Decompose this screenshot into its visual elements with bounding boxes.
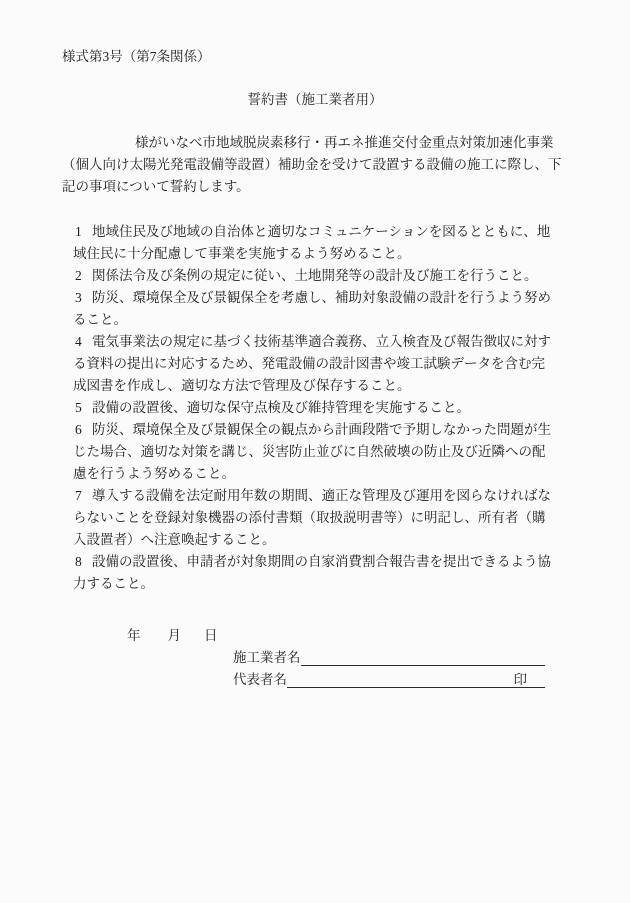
item-text: 防災、環境保全及び景観保全の観点から計画段階で予期しなかった問題が生 bbox=[92, 422, 551, 437]
form-number: 様式第3号（第7条関係） bbox=[62, 46, 568, 68]
pledge-item-4: 4電気事業法の規定に基づく技術基準適合義務、立入検査及び報告徴収に対す る資料の… bbox=[62, 331, 568, 397]
item-text: 導入する設備を法定耐用年数の期間、適正な管理及び運用を図らなければな bbox=[92, 488, 551, 503]
representative-name-label: 代表者名 bbox=[233, 669, 287, 691]
item-number: 1 bbox=[75, 221, 92, 243]
item-text: 力すること。 bbox=[62, 573, 568, 595]
pledge-item-5: 5設備の設置後、適切な保守点検及び維持管理を実施すること。 bbox=[62, 397, 568, 419]
pledge-item-8: 8設備の設置後、申請者が対象期間の自家消費割合報告書を提出できるよう協 力するこ… bbox=[62, 551, 568, 595]
item-number: 4 bbox=[75, 331, 92, 353]
representative-name-row: 代表者名 印 bbox=[233, 669, 545, 691]
seal-mark: 印 bbox=[514, 671, 528, 689]
item-text: 設備の設置後、適切な保守点検及び維持管理を実施すること。 bbox=[92, 400, 470, 415]
item-number: 8 bbox=[75, 551, 92, 573]
item-text: 防災、環境保全及び景観保全を考慮し、補助対象設備の設計を行うよう努め bbox=[92, 290, 551, 305]
pledge-item-3: 3防災、環境保全及び景観保全を考慮し、補助対象設備の設計を行うよう努め ること。 bbox=[62, 287, 568, 331]
date-day-label: 日 bbox=[204, 628, 218, 643]
intro-paragraph: 様がいなべ市地域脱炭素移行・再エネ推進交付金重点対策加速化事業 （個人向け太陽光… bbox=[62, 132, 568, 198]
document-title: 誓約書（施工業者用） bbox=[62, 89, 568, 111]
item-text: らないことを登録対象機器の添付書類（取扱説明書等）に明記し、所有者（購 bbox=[62, 507, 568, 529]
item-text: 慮を行うよう努めること。 bbox=[62, 463, 568, 485]
item-number: 7 bbox=[75, 485, 92, 507]
pledge-item-1: 1地域住民及び地域の自治体と適切なコミュニケーションを図るとともに、地 域住民に… bbox=[62, 221, 568, 265]
contractor-name-blank bbox=[301, 647, 546, 666]
item-text: 域住民に十分配慮して事業を実施するよう努めること。 bbox=[62, 243, 568, 265]
item-text: ること。 bbox=[62, 309, 568, 331]
pledge-item-2: 2関係法令及び条例の規定に従い、土地開発等の設計及び施工を行うこと。 bbox=[62, 265, 568, 287]
representative-name-blank: 印 bbox=[287, 669, 545, 688]
pledge-document-page: 様式第3号（第7条関係） 誓約書（施工業者用） 様がいなべ市地域脱炭素移行・再エ… bbox=[0, 0, 630, 903]
date-month-label: 月 bbox=[168, 628, 182, 643]
item-text: 設備の設置後、申請者が対象期間の自家消費割合報告書を提出できるよう協 bbox=[92, 554, 551, 569]
item-number: 5 bbox=[75, 397, 92, 419]
item-text: 地域住民及び地域の自治体と適切なコミュニケーションを図るとともに、地 bbox=[92, 224, 550, 239]
contractor-name-row: 施工業者名 bbox=[233, 647, 545, 669]
item-number: 2 bbox=[75, 265, 92, 287]
date-year-label: 年 bbox=[127, 628, 141, 643]
pledge-item-7: 7導入する設備を法定耐用年数の期間、適正な管理及び運用を図らなければな らないこ… bbox=[62, 485, 568, 551]
date-line: 年月日 bbox=[62, 625, 568, 647]
item-text: る資料の提出に対応するため、発電設備の設計図書や竣工試験データを含む完 bbox=[62, 353, 568, 375]
item-text: 入設置者）へ注意喚起すること。 bbox=[62, 529, 568, 551]
item-text: 電気事業法の規定に基づく技術基準適合義務、立入検査及び報告徴収に対す bbox=[92, 334, 551, 349]
pledge-item-6: 6防災、環境保全及び景観保全の観点から計画段階で予期しなかった問題が生 じた場合… bbox=[62, 419, 568, 485]
pledge-items: 1地域住民及び地域の自治体と適切なコミュニケーションを図るとともに、地 域住民に… bbox=[62, 221, 568, 595]
item-number: 3 bbox=[75, 287, 92, 309]
intro-line: （個人向け太陽光発電設備等設置）補助金を受けて設置する設備の施工に際し、下 bbox=[62, 154, 568, 176]
item-number: 6 bbox=[75, 419, 92, 441]
item-text: 成図書を作成し、適切な方法で管理及び保存すること。 bbox=[62, 375, 568, 397]
intro-line: 記の事項について誓約します。 bbox=[62, 176, 568, 198]
item-text: 関係法令及び条例の規定に従い、土地開発等の設計及び施工を行うこと。 bbox=[92, 268, 538, 283]
closing-block: 年月日 施工業者名 代表者名 印 bbox=[62, 625, 568, 691]
item-text: じた場合、適切な対策を講じ、災害防止並びに自然破壊の防止及び近隣への配 bbox=[62, 441, 568, 463]
intro-line: 様がいなべ市地域脱炭素移行・再エネ推進交付金重点対策加速化事業 bbox=[62, 132, 568, 154]
contractor-name-label: 施工業者名 bbox=[233, 647, 301, 669]
